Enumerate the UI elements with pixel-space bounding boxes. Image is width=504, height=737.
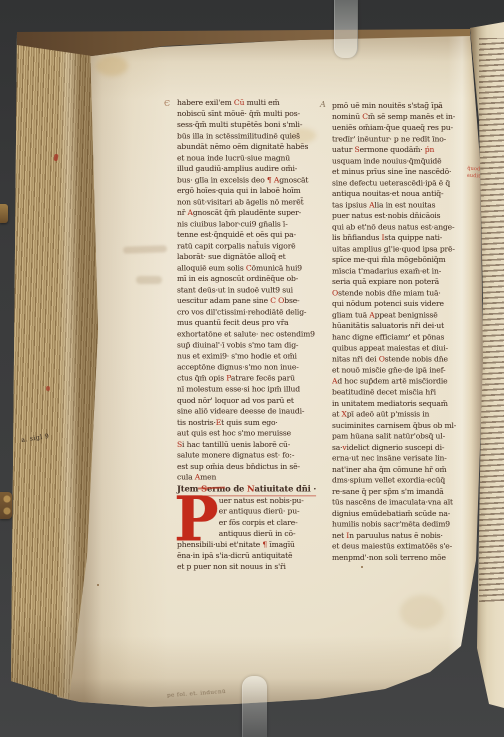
manuscript-text-line: Ostende nobis dn̄e miam tuā· — [332, 288, 460, 299]
manuscript-text-line: illud gaudiū·amplius audire om̄i- — [177, 164, 305, 175]
book-clasp — [0, 492, 12, 519]
manuscript-text-line: salute monere dignatus est· fo:- — [177, 451, 305, 462]
quire-mark: Є — [164, 99, 170, 108]
right-text-column: pmō uē min nouitēs s'stag̃ īpānominū Cm̄… — [332, 101, 460, 564]
manuscript-text-line: quod nōr' loquor ad vos parū et — [177, 396, 305, 407]
foxing-speck — [361, 566, 363, 568]
manuscript-text-line: mus quantū fecit deus pro vr̄a — [177, 318, 305, 329]
manuscript-text-line: ueniēs om̄iam·q̄ue quaeq̄ res pu- — [332, 123, 460, 134]
faint-margin-smudge — [123, 245, 167, 254]
manuscript-text-line: sine aliō videare deesse de inaudi- — [177, 407, 305, 418]
margin-letter-a: A — [320, 100, 326, 109]
manuscript-text-line: dignius emūdebatiam̄ scūde na- — [332, 509, 460, 520]
manuscript-text-line: re·sane q̄ per sp̄m s'm imandā — [332, 487, 460, 498]
manuscript-text-line: aut quis est hoc s'mo meruisse — [177, 429, 305, 440]
manuscript-text-line: pmō uē min nouitēs s'stag̃ īpā — [332, 101, 460, 112]
manuscript-text-line: stant deūs·ut in sudoē vult9 sui — [177, 285, 305, 296]
manuscript-text-line: tūs nascēns de imaculata·vna aīt — [332, 498, 460, 509]
manuscript-text-line: ergō hoīes·quia qui in laboē hoīm — [177, 186, 305, 197]
left-column-sermon1: habere exil'em Cū multi em̄nobiscū sīnt … — [177, 98, 305, 484]
manuscript-text-line: ctus q̄m̄ opis Patrare fecēs parū — [177, 374, 305, 385]
manuscript-text-line: tredīr' inēuntur· p ne redīt īno- — [332, 134, 460, 145]
parchment-stain — [96, 56, 128, 76]
manuscript-text-line: uer natus est nobis·pu- — [219, 496, 305, 507]
manuscript-text-line: abundāt nēmo oēm dignitatē habēs — [177, 142, 305, 153]
manuscript-text-line: cula Amen — [177, 473, 305, 484]
left-text-column: habere exil'em Cū multi em̄nobiscū sīnt … — [177, 98, 305, 573]
manuscript-text-line: Si hac tantillū uenis laborē cū- — [177, 440, 305, 451]
faint-margin-smudge — [136, 276, 162, 284]
photograph-background: Є A habere exil'em Cū multi em̄nobiscū s… — [0, 0, 504, 737]
manuscript-text-line: et nouō misc̄ie gn̄e·de ipā inef- — [332, 365, 460, 376]
manuscript-text-line: menpmd'·non soli terreno mōe — [332, 553, 460, 564]
manuscript-text-line: humilis nobis sacr'mēta dedim9 — [332, 520, 460, 531]
manuscript-text-line: et minus prīus sine īne nascēdō· — [332, 167, 460, 178]
red-wax-fleck — [46, 386, 50, 391]
manuscript-text-line: nus et eximi9· s'mo hodie et om̄i — [177, 351, 305, 362]
manuscript-text-line: lis bn̄fiandus Ista quippe nati- — [332, 233, 460, 244]
manuscript-text-line: habere exil'em Cū multi em̄ — [177, 98, 305, 109]
manuscript-text-line: sess·q̄m̄ multi stupētēs boni s'mli- — [177, 120, 305, 131]
manuscript-text-line: erna·ut nec insāne verisate lin- — [332, 454, 460, 465]
manuscript-text-line: uescitur adam pane sine C Obse- — [177, 296, 305, 307]
manuscript-text-line: seria quā expiare non poterā — [332, 277, 460, 288]
manuscript-text-line: mīscia t'madarius exam̄·et in- — [332, 266, 460, 277]
manuscript-text-line: net In paruulus natus ē nobis· — [332, 531, 460, 542]
manuscript-text-line: puer natus est·nobis dn̄icāois — [332, 211, 460, 222]
manuscript-text-line: uitas amplius gl'ie·quod ipsa prē- — [332, 244, 460, 255]
manuscript-text-line: er antiquus dierū· pu- — [219, 507, 305, 518]
manuscript-text-line: laborāt· sue dignātōe alloq̄ et — [177, 252, 305, 263]
manuscript-text-line: gliam tuā Appeat benignissē — [332, 310, 460, 321]
manuscript-text-line: dms·spium vellet exordia·ecūq̄ — [332, 476, 460, 487]
manuscript-text-line: būs illa in sctēssimilitudinē quies̄ — [177, 131, 305, 142]
manuscript-text-line: nī molestum esse·si hoc ipm̄ illud — [177, 385, 305, 396]
manuscript-text-line: sa·videlict dignerio suscepi di- — [332, 443, 460, 454]
manuscript-text-line: nominū Cm̄ sē semp manēs et in- — [332, 112, 460, 123]
manuscript-text-line: et noua inde lucrū·siue magnū — [177, 153, 305, 164]
manuscript-text-line: quibus appeat maiestas et diui- — [332, 343, 460, 354]
manuscript-text-line: acceptōne dignus·s'mo non inue- — [177, 362, 305, 373]
manuscript-text-line: est sup om̄ia deus bn̄dictus in sē- — [177, 462, 305, 473]
manuscript-text-line: nat'iner aha q̄m cōmune hr̄ om̄ — [332, 465, 460, 476]
manuscript-text-line: tis nostris·Et quis sum ego· — [177, 418, 305, 429]
manuscript-text-line: at Xpī adeō aūt p'missis in — [332, 410, 460, 421]
parchment-stain — [400, 595, 444, 629]
manuscript-text-line: Ad hoc sup̄dem artē misc̄iordie — [332, 377, 460, 388]
manuscript-text-line: nitas nr̄i dei Ostende nobis dn̄e — [332, 354, 460, 365]
right-column-text: pmō uē min nouitēs s'stag̃ īpānominū Cm̄… — [332, 101, 460, 564]
manuscript-text-line: bus· glīa in excelsis deo ¶ Agnoscāt — [177, 175, 305, 186]
margin-gloss-red: q̄uod audit — [467, 166, 481, 180]
manuscript-text-line: hanc digne efficiamr' et pōnas — [332, 332, 460, 343]
page-holding-strap-bottom — [242, 676, 267, 737]
faint-foot-inscription: pe fol. et. inducnū — [167, 689, 226, 699]
manuscript-text-line: qui ab et'nō deus natus est·ange- — [332, 222, 460, 233]
manuscript-text-line: uatur Sermone quodām̄· ṕn — [332, 145, 460, 156]
manuscript-text-line: exhortatōne et salute· nec ostendim9 — [177, 329, 305, 340]
manuscript-text-line: antiquus dierū in cō- — [219, 529, 305, 540]
manuscript-text-line: non sūt·visitari ab āgelis nō merēt̄ — [177, 197, 305, 208]
manuscript-text-line: suciminites carnisem q̄bus ob ml- — [332, 421, 460, 432]
initial-p-block: P uer natus est nobis·pu-er antiquus die… — [177, 496, 305, 573]
manuscript-text-line: usquam inde nouius·q̄mq̄uidē — [332, 156, 460, 167]
manuscript-text-line: in unitatem mediatoris sequam̄ — [332, 399, 460, 410]
illuminated-initial-p: P — [174, 495, 219, 544]
manuscript-text-line: spīce me·qui m̄la mōgebōniq̄m — [332, 255, 460, 266]
foxing-speck — [97, 584, 99, 586]
manuscript-text-line: nis ciuibus labor·cui9 gn̄alis ī- — [177, 219, 305, 230]
page-holding-strap-top — [334, 0, 358, 58]
manuscript-text-line: qui nōdum potenci suis videre — [332, 299, 460, 310]
margin-gloss-line: audit — [467, 172, 481, 179]
manuscript-text-line: nr̄ Agnoscāt q̄m̄ plaudēnte super- — [177, 208, 305, 219]
next-leaf-text-lines — [479, 38, 504, 604]
manuscript-text-line: sup̄ diuinal'·ī vobis s'mo tam dig- — [177, 340, 305, 351]
manuscript-text-line: et deus maiestūs extimatōēs s'e- — [332, 542, 460, 553]
manuscript-text-line: beatitudinē decet misc̄ia hr̄i — [332, 388, 460, 399]
manuscript-text-line: nobiscū sīnt mōuē· q̄m̄ multi pos- — [177, 109, 305, 120]
book-clasp — [0, 204, 8, 223]
manuscript-text-line: tenne est·q̄nquidē et oēs qui pa- — [177, 230, 305, 241]
manuscript-text-line: et p puer non sit nouus in s'r̄i — [177, 562, 305, 573]
manuscript-text-line: tas ipsius Alia in est nouitas — [332, 200, 460, 211]
manuscript-text-line: hūanitātis saluatoris nr̄i dei·ut — [332, 321, 460, 332]
manuscript-text-line: antiqua nouitas·et noua antiq̄- — [332, 189, 460, 200]
manuscript-text-line: sine defectu ueterascēdi·ipā ē q̄ — [332, 178, 460, 189]
manuscript-text-line: alloquiē eum solis Cōmunicā hui9 — [177, 263, 305, 274]
manuscript-text-line: mī in eis agnoscūt ordinēq̄ue ob- — [177, 274, 305, 285]
manuscript-text-line: ratū capit corpalis nat̄uis vigorē — [177, 241, 305, 252]
manuscript-text-line: cro vos dil'ctissimi·rehodiātē delig- — [177, 307, 305, 318]
manuscript-text-line: pam hūana salit natūr'obsq̄ ul- — [332, 432, 460, 443]
manuscript-text-line: er fōs corpis et clare- — [219, 518, 305, 529]
